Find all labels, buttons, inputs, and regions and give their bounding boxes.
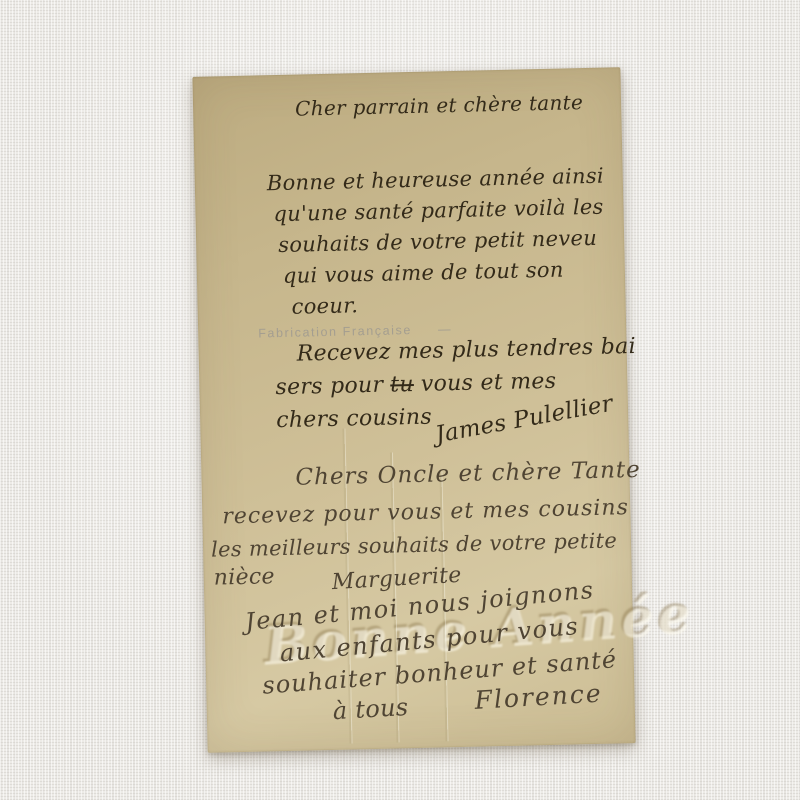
niece-word: nièce — [213, 564, 275, 590]
paragraph-line: chers cousins — [276, 405, 432, 434]
paragraph-line: sers pourtuvous et mes — [275, 369, 556, 400]
maker-mark-label: Fabrication Française — [258, 323, 412, 340]
photo-background: Bonne Année Cher parrain et chère tante … — [0, 0, 800, 800]
mother-signature: Florence — [474, 679, 604, 715]
postcard: Bonne Année Cher parrain et chère tante … — [192, 67, 635, 753]
line-fragment: vous et mes — [421, 369, 557, 397]
nephew-signature: James Pulellier — [433, 391, 615, 449]
paragraph-line: Recevez mes plus tendres bai — [296, 334, 636, 367]
struck-word: tu — [390, 372, 414, 398]
maker-mark-dash: — — [438, 322, 451, 336]
salutation-line: Cher parrain et chère tante — [295, 90, 584, 121]
paragraph-line: recevez pour vous et mes cousins — [222, 495, 629, 529]
uncle-salutation-line: Chers Oncle et chère Tante — [295, 457, 641, 491]
greeting-paragraph: Bonne et heureuse année ainsi qu'une san… — [266, 161, 607, 324]
line-fragment: sers pour — [275, 373, 383, 400]
printed-maker-mark: Fabrication Française— — [258, 322, 451, 340]
paragraph-line: les meilleurs souhaits de votre petite — [211, 528, 618, 561]
paragraph-line: coeur. — [291, 285, 607, 323]
closing-phrase: à tous — [332, 693, 409, 725]
